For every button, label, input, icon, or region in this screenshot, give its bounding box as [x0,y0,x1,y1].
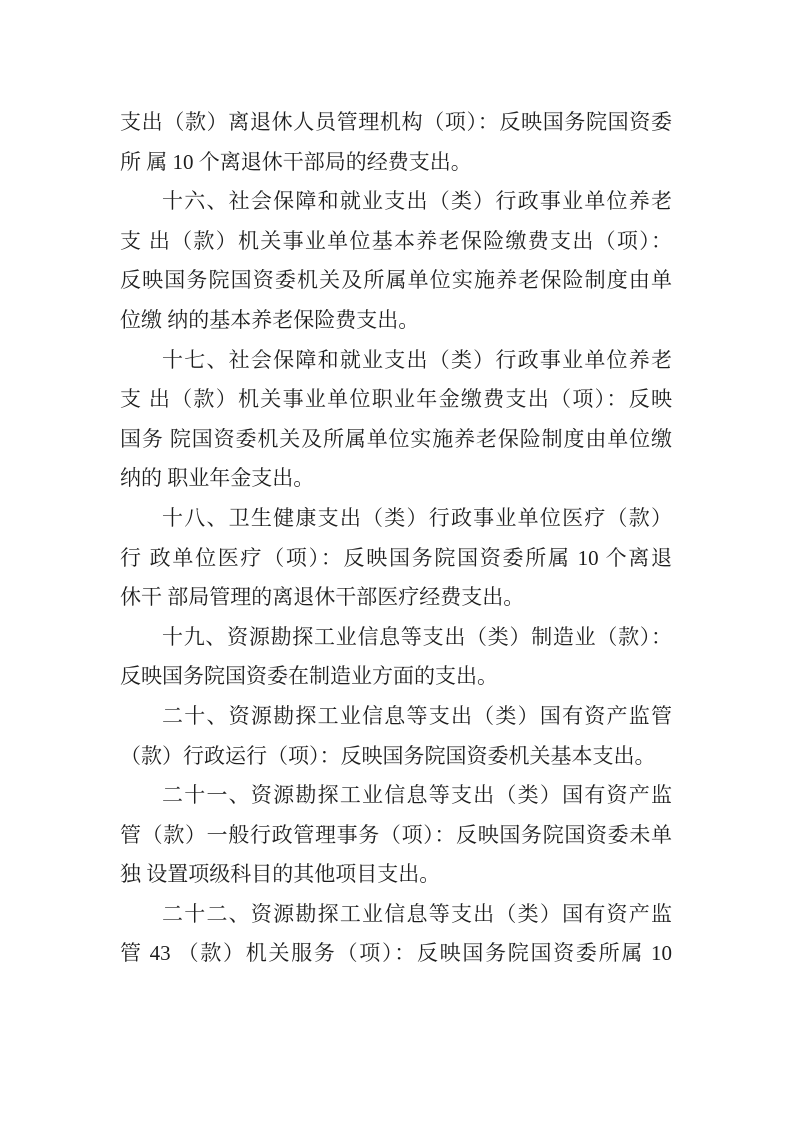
text-line: 反映国务院国资委机关及所属单位实施养老保险制度由单 [120,261,672,301]
text-line: 支出（款）离退休人员管理机构（项）：反映国务院国资委 [120,103,672,143]
text-line: 管 43 （款）机关服务（项）：反映国务院国资委所属 10 [120,934,672,974]
paragraph: 二十二、资源勘探工业信息等支出（类）国有资产监管 43 （款）机关服务（项）：反… [120,895,672,974]
text-line: 国务 院国资委机关及所属单位实施养老保险制度由单位缴 [120,420,672,460]
text-line: 十八、卫生健康支出（类）行政事业单位医疗（款） [120,499,672,539]
paragraph: 二十、资源勘探工业信息等支出（类）国有资产监管（款）行政运行（项）：反映国务院国… [120,697,672,776]
text-line: 反映国务院国资委在制造业方面的支出。 [120,657,672,697]
text-line: 休干 部局管理的离退休干部医疗经费支出。 [120,578,672,618]
text-line: 十七、社会保障和就业支出（类）行政事业单位养老 [120,341,672,381]
text-line: 二十一、资源勘探工业信息等支出（类）国有资产监 [120,776,672,816]
text-line: 二十、资源勘探工业信息等支出（类）国有资产监管 [120,697,672,737]
paragraph: 十八、卫生健康支出（类）行政事业单位医疗（款）行 政单位医疗（项）：反映国务院国… [120,499,672,618]
document-page: 支出（款）离退休人员管理机构（项）：反映国务院国资委所 属 10 个离退休干部局… [0,0,800,1131]
text-line: 支 出（款）机关事业单位职业年金缴费支出（项）：反映 [120,380,672,420]
text-line: 所 属 10 个离退休干部局的经费支出。 [120,143,672,183]
paragraph: 支出（款）离退休人员管理机构（项）：反映国务院国资委所 属 10 个离退休干部局… [120,103,672,182]
text-line: 纳的 职业年金支出。 [120,459,672,499]
text-line: 支 出（款）机关事业单位基本养老保险缴费支出（项）： [120,222,672,262]
paragraph: 十九、资源勘探工业信息等支出（类）制造业（款）：反映国务院国资委在制造业方面的支… [120,618,672,697]
text-line: 独 设置项级科目的其他项目支出。 [120,855,672,895]
paragraph: 十七、社会保障和就业支出（类）行政事业单位养老支 出（款）机关事业单位职业年金缴… [120,341,672,499]
text-line: 行 政单位医疗（项）：反映国务院国资委所属 10 个离退 [120,539,672,579]
text-line: 位缴 纳的基本养老保险费支出。 [120,301,672,341]
text-line: 管（款）一般行政管理事务（项）：反映国务院国资委未单 [120,816,672,856]
paragraph: 二十一、资源勘探工业信息等支出（类）国有资产监管（款）一般行政管理事务（项）：反… [120,776,672,895]
document-body: 支出（款）离退休人员管理机构（项）：反映国务院国资委所 属 10 个离退休干部局… [120,103,672,974]
text-line: 十九、资源勘探工业信息等支出（类）制造业（款）： [120,618,672,658]
paragraph: 十六、社会保障和就业支出（类）行政事业单位养老支 出（款）机关事业单位基本养老保… [120,182,672,340]
text-line: 二十二、资源勘探工业信息等支出（类）国有资产监 [120,895,672,935]
text-line: 十六、社会保障和就业支出（类）行政事业单位养老 [120,182,672,222]
text-line: （款）行政运行（项）：反映国务院国资委机关基本支出。 [120,737,672,777]
